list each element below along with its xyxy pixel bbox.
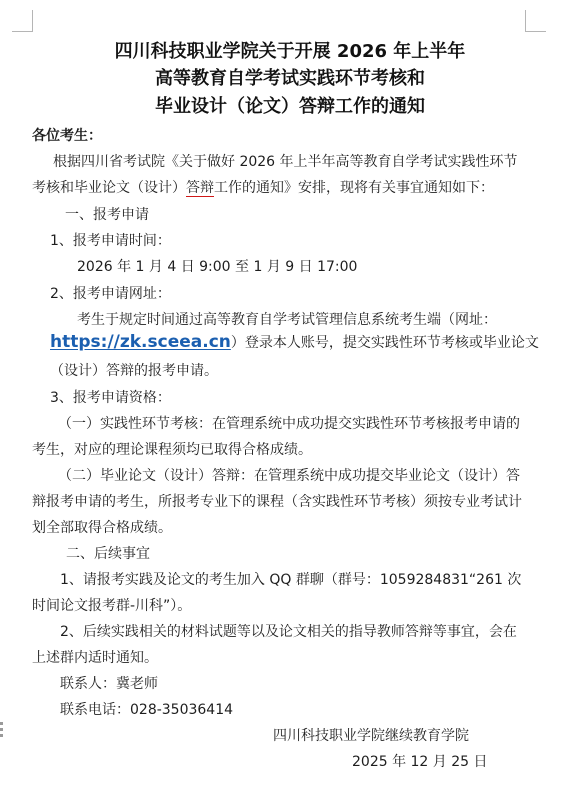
item-3-sub-1-line-1: （一）实践性环节考核：在管理系统中成功提交实践性环节考核报考申请的 [58, 413, 520, 433]
system-url-link[interactable]: https://zk.sceea.cn [50, 332, 231, 352]
item-2-line-2: https://zk.sceea.cn）登录本人账号，提交实践性环节考核或毕业论… [50, 332, 539, 352]
item-1-label: 1、报考申请时间： [50, 230, 171, 250]
item-3-sub-2-line-2: 辩报考申请的考生，所报考专业下的课程（含实践性环节考核）须按专业考试计 [32, 491, 522, 511]
paragraph-drag-handle-icon[interactable] [0, 722, 3, 740]
document-title-line-2: 高等教育自学考试实践环节考核和 [0, 64, 580, 90]
salutation: 各位考生： [32, 125, 102, 145]
section-2-item-1-line-2: 时间论文报考群-川科”）。 [32, 595, 191, 615]
item-2-label: 2、报考申请网址： [50, 283, 171, 303]
section-1-heading: 一、报考申请 [65, 204, 149, 224]
section-2-item-1-line-1: 1、请报考实践及论文的考生加入 QQ 群聊（群号：1059284831“261 … [60, 569, 521, 589]
page-corner-mark-top-left [12, 10, 33, 32]
intro-line-1: 根据四川省考试院《关于做好 2026 年上半年高等教育自学考试实践性环节 [53, 151, 518, 171]
intro-text: 工作的通知》安排，现将有关事宜通知如下： [214, 180, 494, 196]
item-3-sub-1-line-2: 考生，对应的理论课程须均已取得合格成绩。 [32, 439, 312, 459]
section-2-heading: 二、后续事宜 [66, 543, 150, 563]
item-3-sub-2-line-3: 划全部取得合格成绩。 [32, 517, 172, 537]
item-2-line-3: （设计）答辩的报考申请。 [50, 360, 218, 380]
section-2-item-2-line-2: 上述群内适时通知。 [32, 647, 158, 667]
item-3-label: 3、报考申请资格： [50, 387, 171, 407]
application-time-value: 2026 年 1 月 4 日 9:00 至 1 月 9 日 17:00 [77, 256, 357, 276]
page-corner-mark-top-right [525, 10, 546, 32]
document-title-line-1: 四川科技职业学院关于开展 2026 年上半年 [0, 37, 580, 63]
contact-person: 联系人：冀老师 [60, 673, 158, 693]
item-2-line-1: 考生于规定时间通过高等教育自学考试管理信息系统考生端（网址： [77, 309, 497, 329]
signature-organization: 四川科技职业学院继续教育学院 [273, 725, 469, 745]
item-2-text: ）登录本人账号，提交实践性环节考核或毕业论文 [231, 335, 539, 351]
intro-line-2: 考核和毕业论文（设计）答辩工作的通知》安排，现将有关事宜通知如下： [32, 177, 494, 197]
intro-text: 考核和毕业论文（设计） [32, 180, 186, 196]
document-title-line-3: 毕业设计（论文）答辩工作的通知 [0, 92, 580, 118]
signature-date: 2025 年 12 月 25 日 [352, 751, 488, 771]
section-2-item-2-line-1: 2、后续实践相关的材料试题等以及论文相关的指导教师答辩等事宜，会在 [60, 621, 517, 641]
item-3-sub-2-line-1: （二）毕业论文（设计）答辩：在管理系统中成功提交毕业论文（设计）答 [58, 465, 520, 485]
spellcheck-flagged-word[interactable]: 答辩 [186, 180, 214, 197]
contact-phone: 联系电话：028-35036414 [60, 699, 233, 719]
